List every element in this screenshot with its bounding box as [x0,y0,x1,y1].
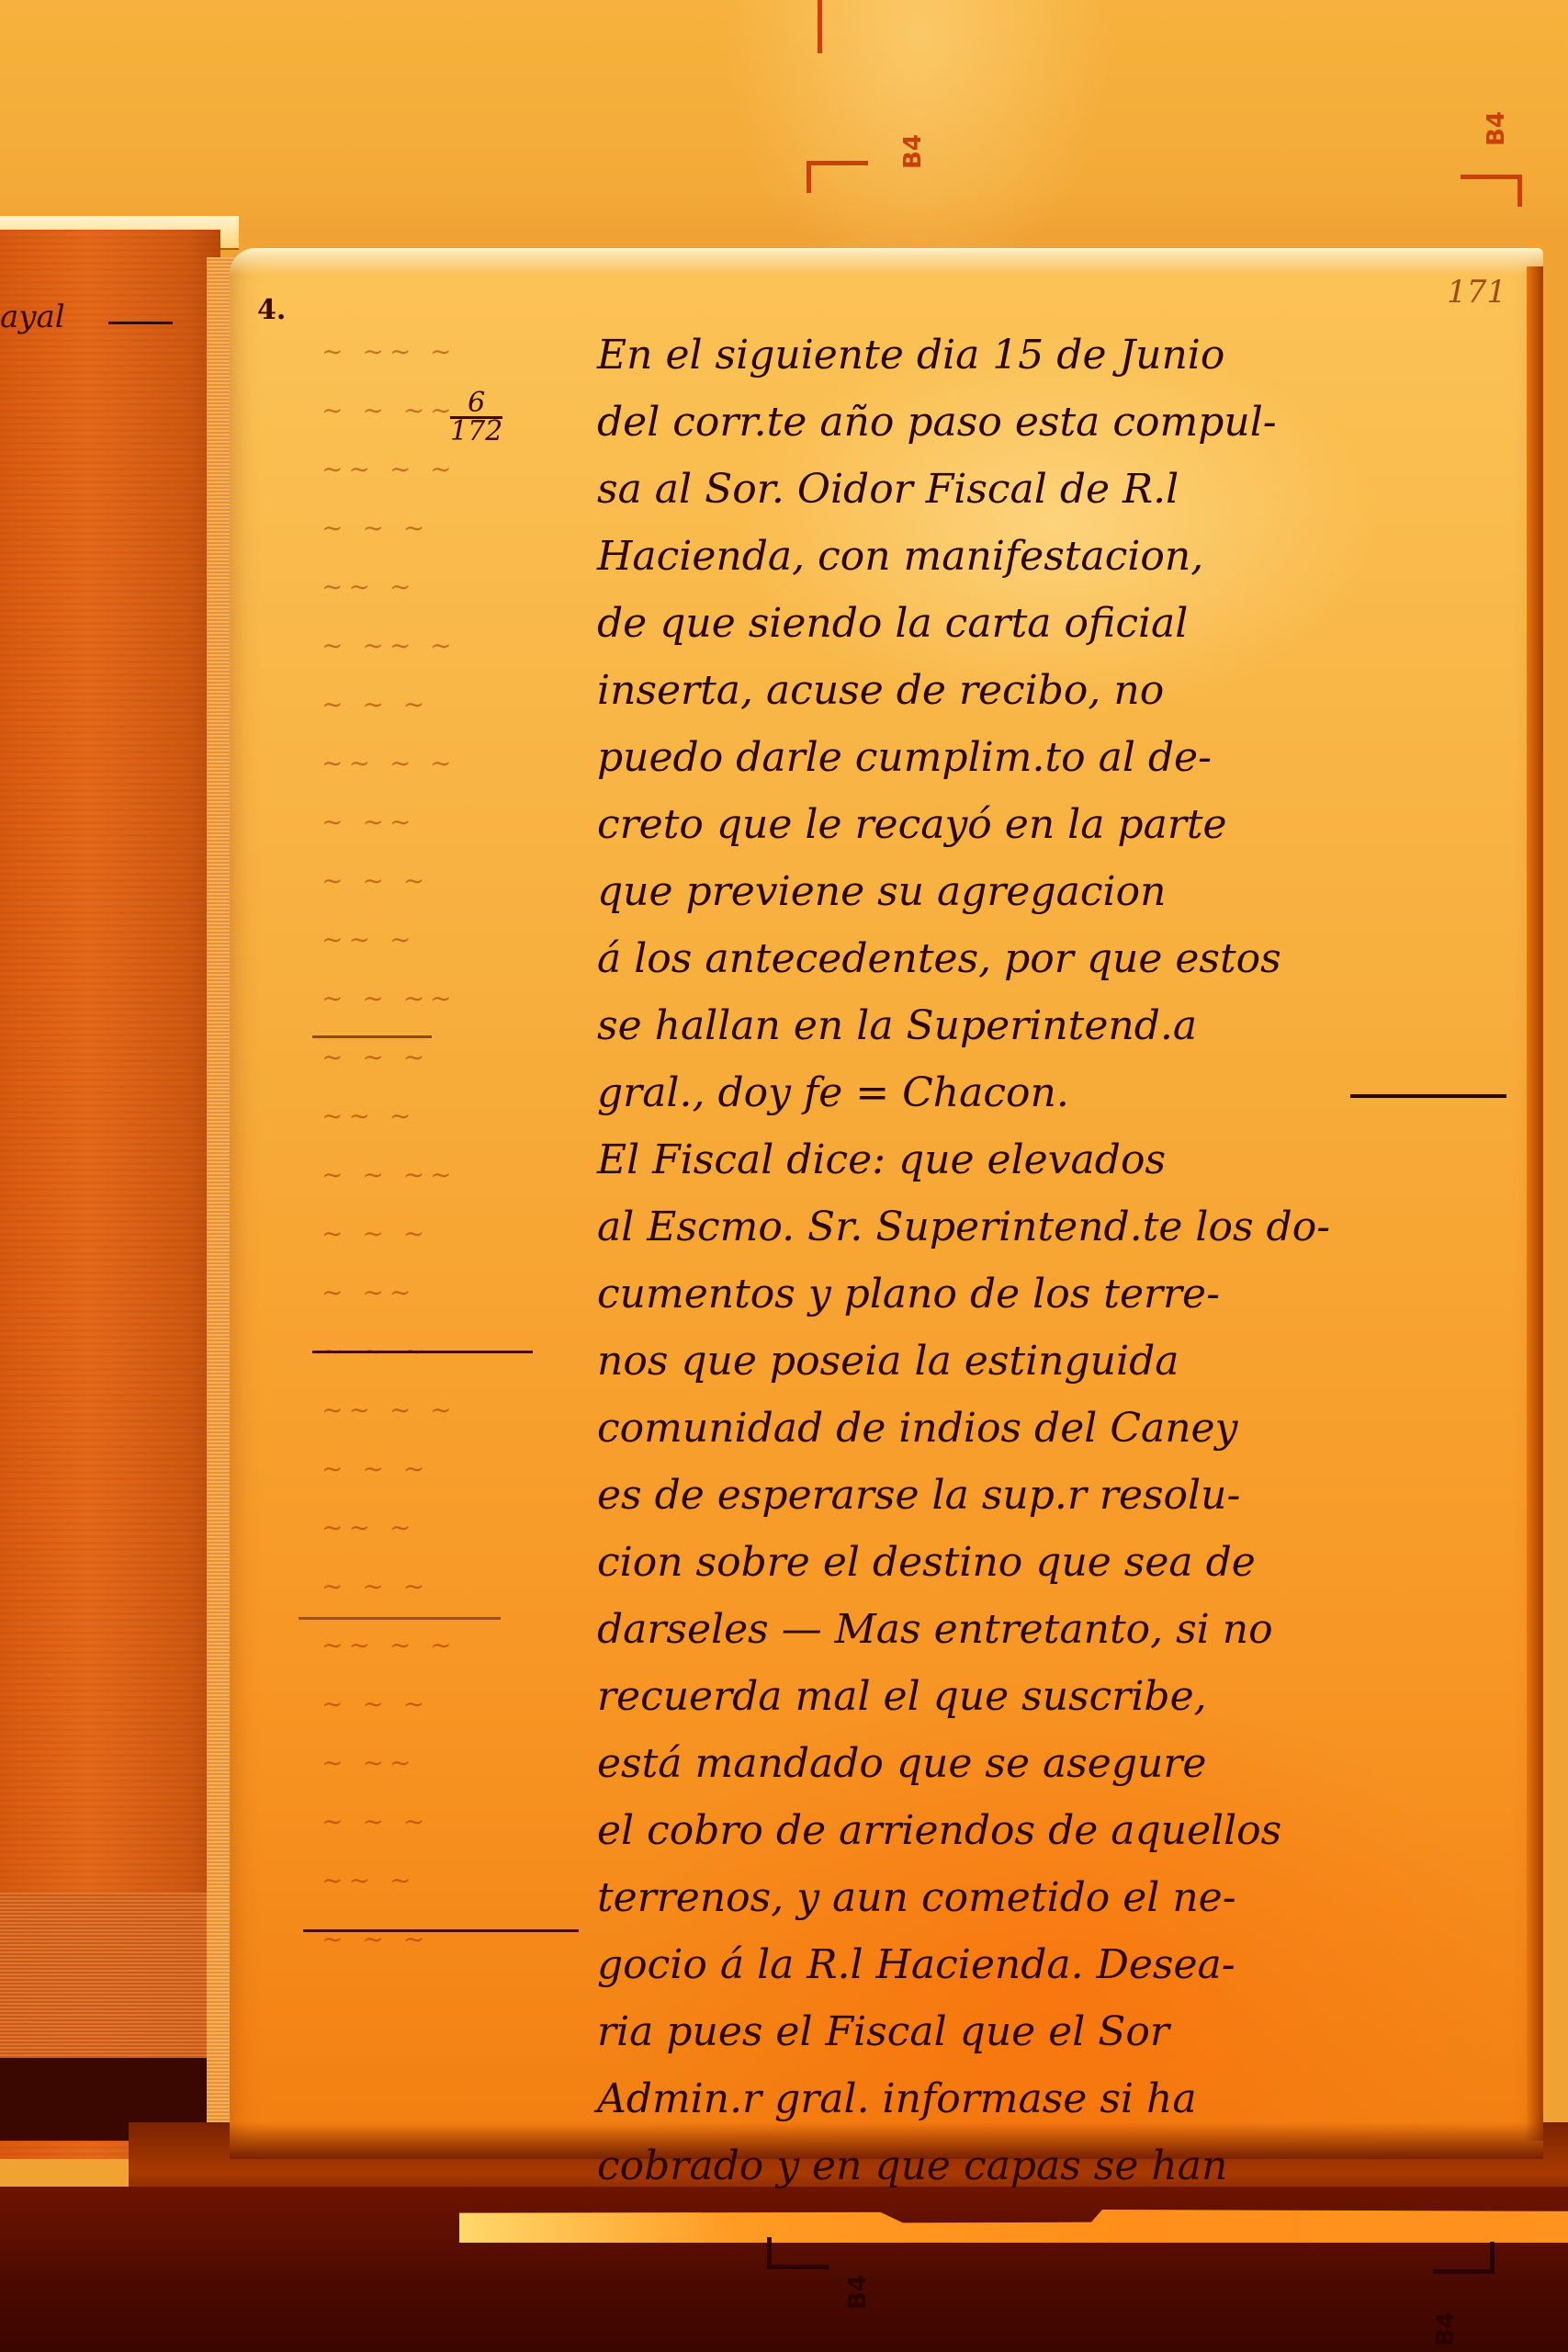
ghost-line: ∼∼ ∼ [321,1086,570,1145]
manuscript-line: inserta, acuse de recibo, no [597,657,1516,724]
crop-marker-label: B4 [899,134,927,169]
ghost-line: ∼ ∼∼ [321,1733,570,1792]
left-volume-label-dash [108,322,173,324]
manuscript-line: puedo darle cumplim.to al de- [597,724,1516,791]
manuscript-line: al Escmo. Sr. Superintend.te los do- [597,1193,1516,1261]
ghost-line: ∼ ∼ ∼ [321,1556,570,1615]
bleed-through-margin-text: ∼ ∼∼ ∼ ∼ ∼ ∼∼ ∼∼ ∼ ∼ ∼ ∼ ∼ ∼∼ ∼ ∼ ∼∼ ∼ ∼… [321,322,570,2067]
ghost-line: ∼∼ ∼ [321,557,570,616]
manuscript-line: darseles — Mas entretanto, si no [597,1596,1516,1663]
manuscript-line: es de esperarse la sup.r resolu- [597,1462,1516,1529]
manuscript-line: el cobro de arriendos de aquellos [597,1797,1516,1864]
manuscript-line: nos que poseia la estinguida [597,1328,1516,1395]
ghost-line: ∼∼ ∼ [321,1498,570,1556]
ghost-line: ∼∼ ∼ ∼ [321,439,570,498]
manuscript-page: 4. 171 6 172 ∼ ∼∼ ∼ ∼ ∼ ∼∼ ∼∼ ∼ ∼ ∼ ∼ ∼ … [230,248,1543,2159]
ghost-line: ∼ ∼ ∼ [321,1674,570,1733]
ghost-line: ∼∼ ∼ ∼ [321,1615,570,1674]
ghost-line: ∼ ∼ ∼ [321,1909,570,1968]
ghost-line: ∼ ∼ ∼ [321,498,570,557]
ghost-line: ∼ ∼ ∼ [321,1792,570,1850]
ghost-line: ∼∼ ∼ ∼ [321,733,570,792]
manuscript-line: comunidad de indios del Caney [597,1395,1516,1462]
left-volume-label: ayal [0,299,65,335]
manuscript-body: En el siguiente dia 15 de Junio del corr… [597,322,1516,2199]
crop-marker-label: B4 [1432,2312,1460,2346]
manuscript-line: cobrado y en que capas se han [597,2132,1516,2199]
ghost-line: ∼ ∼ ∼ [321,851,570,910]
manuscript-line: está mandado que se asegure [597,1730,1516,1797]
crop-guide-line [818,0,822,53]
ghost-line: ∼ ∼ ∼ [321,1204,570,1262]
manuscript-line: En el siguiente dia 15 de Junio [597,322,1516,389]
left-volume-cloth-binding [0,1893,207,2058]
margin-rule [303,1929,579,1932]
left-volume [0,230,220,2159]
folio-number: 171 [1447,274,1506,311]
manuscript-line: creto que le recayó en la parte [597,791,1516,858]
manuscript-line-signature: gral., doy fe = Chacon. [597,1059,1516,1126]
crop-marker-label: B4 [844,2275,872,2310]
manuscript-line: cumentos y plano de los terre- [597,1261,1516,1328]
corner-annotation: 4. [257,294,286,326]
crop-corner-marker [1433,2242,1495,2274]
manuscript-line: cion sobre el destino que sea de [597,1529,1516,1596]
ghost-line: ∼∼ ∼ [321,910,570,968]
manuscript-line: de que siendo la carta oficial [597,590,1516,657]
ghost-line: ∼ ∼ ∼ [321,1439,570,1498]
manuscript-line: terrenos, y aun cometido el ne- [597,1864,1516,1931]
manuscript-line: Admin.r gral. informase si ha [597,2065,1516,2132]
ghost-line: ∼ ∼∼ [321,1262,570,1321]
manuscript-line: gocio á la R.l Hacienda. Desea- [597,1931,1516,1998]
ghost-line: ∼ ∼ ∼∼ [321,968,570,1027]
manuscript-line: del corr.te año paso esta compul- [597,389,1516,456]
manuscript-line: á los antecedentes, por que estos [597,925,1516,992]
crop-corner-marker [1461,175,1522,207]
manuscript-line: se hallan en la Superintend.a [597,992,1516,1059]
manuscript-line: ria pues el Fiscal que el Sor [597,1998,1516,2065]
crop-corner-marker [767,2237,829,2269]
manuscript-line: sa al Sor. Oidor Fiscal de R.l [597,456,1516,523]
ghost-line: ∼ ∼∼ [321,792,570,851]
ghost-line: ∼ ∼∼ ∼ [321,616,570,674]
margin-rule [312,1035,432,1038]
manuscript-line: Hacienda, con manifestacion, [597,523,1516,590]
manuscript-line: El Fiscal dice: que elevados [597,1126,1516,1193]
crop-marker-label: B4 [1483,111,1510,146]
ghost-line: ∼∼ ∼ ∼ [321,1380,570,1439]
crop-corner-marker [807,161,868,193]
manuscript-line: que previene su agregacion [597,858,1516,925]
ghost-line: ∼ ∼ ∼∼ [321,1145,570,1204]
page-top-highlight [230,248,1543,276]
ghost-line: ∼ ∼ ∼ [321,674,570,733]
margin-rule [299,1617,501,1620]
ghost-line: ∼ ∼∼ ∼ [321,322,570,380]
page-right-edge [1527,266,1543,2141]
manuscript-line: recuerda mal el que suscribe, [597,1663,1516,1730]
ghost-line: ∼ ∼ ∼∼ [321,380,570,439]
ghost-line: ∼∼ ∼ [321,1850,570,1909]
margin-rule [312,1351,533,1353]
